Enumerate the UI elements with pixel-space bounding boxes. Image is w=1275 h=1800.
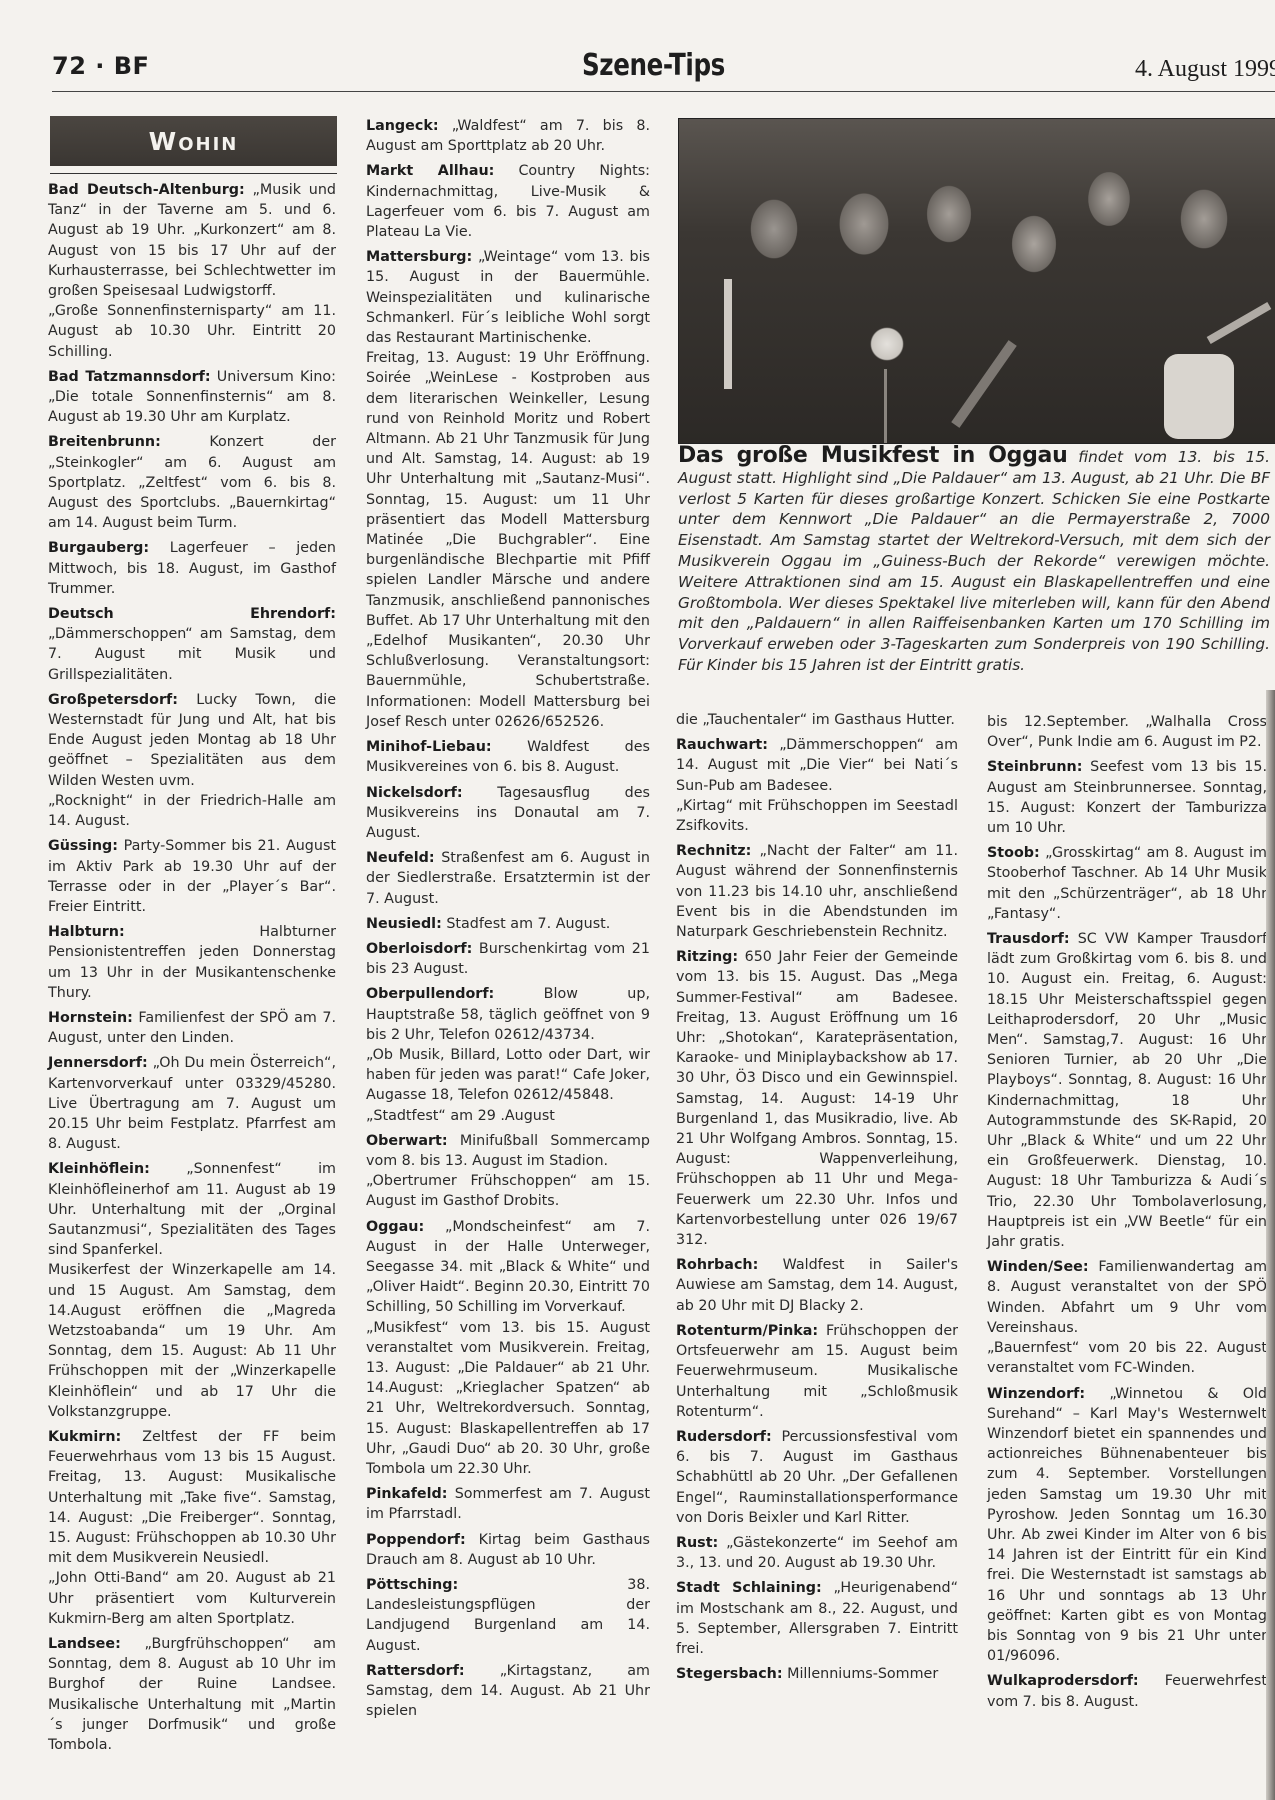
place-name: Stegersbach: [676, 1666, 783, 1682]
event-listing: Wulkaprodersdorf: Feuerwehrfest vom 7. b… [987, 1671, 1267, 1711]
page-header: 72 · BF Szene-Tips 4. August 1999 [52, 48, 1275, 90]
event-listing: „Musikfest“ vom 13. bis 15. August veran… [366, 1318, 650, 1480]
event-listing: Großpetersdorf: Lucky Town, die Westerns… [48, 690, 336, 791]
place-name: Neusiedl: [366, 916, 442, 932]
guitar-shape [1164, 354, 1234, 439]
place-name: Oberpullendorf: [366, 986, 494, 1002]
section-title: Szene-Tips [582, 48, 725, 83]
place-name: Ritzing: [676, 949, 738, 965]
event-text: „Stadtfest“ am 29 .August [366, 1108, 555, 1124]
place-name: Nickelsdorf: [366, 785, 463, 801]
place-name: Poppendorf: [366, 1532, 466, 1548]
event-listing: Oggau: „Mondscheinfest“ am 7. August in … [366, 1217, 650, 1318]
event-text: „Obertrumer Frühschoppen“ am 15. August … [366, 1173, 650, 1209]
event-listing: Stegersbach: Millenniums-Sommer [676, 1664, 958, 1684]
caption-body: findet vom 13. bis 15. August statt. Hig… [678, 448, 1270, 674]
event-listing: Oberpullendorf: Blow up, Hauptstraße 58,… [366, 984, 650, 1045]
event-listing: Jennersdorf: „Oh Du mein Österreich“, Ka… [48, 1053, 336, 1154]
event-listing: Rauchwart: „Dämmerschoppen“ am 14. Augus… [676, 735, 958, 796]
place-name: Steinbrunn: [987, 759, 1082, 775]
wohin-rule [50, 173, 337, 174]
event-text: „Musikfest“ vom 13. bis 15. August veran… [366, 1320, 650, 1477]
trumpet-shape [724, 279, 732, 389]
event-listing: bis 12.September. „Walhalla Cross Over“,… [987, 712, 1267, 752]
event-listing: Pöttsching: 38. Landesleistungspflügen d… [366, 1575, 650, 1656]
place-name: Wulkaprodersdorf: [987, 1673, 1139, 1689]
event-text: „Dämmerschoppen“ am Samstag, dem 7. Augu… [48, 626, 336, 682]
sunflower-stem-shape [884, 369, 887, 443]
event-listing: Oberloisdorf: Burschenkirtag vom 21 bis … [366, 939, 650, 979]
place-name: Rohrbach: [676, 1257, 758, 1273]
place-name: Oberwart: [366, 1133, 448, 1149]
place-name: Winzendorf: [987, 1386, 1085, 1402]
event-text: Musikerfest der Winzerkapelle am 14. und… [48, 1262, 336, 1419]
event-listing: Stadt Schlaining: „Heurigenabend“ im Mos… [676, 1578, 958, 1659]
event-listing: Winzendorf: „Winnetou & Old Surehand“ – … [987, 1384, 1267, 1667]
guitar-neck-shape [1207, 302, 1272, 344]
place-name: Pöttsching: [366, 1577, 458, 1593]
event-listing: Ritzing: 650 Jahr Feier der Gemeinde vom… [676, 947, 958, 1250]
event-listing: Rattersdorf: „Kirtagstanz, am Samstag, d… [366, 1661, 650, 1722]
place-name: Rudersdorf: [676, 1429, 772, 1445]
event-listing: „Stadtfest“ am 29 .August [366, 1106, 650, 1126]
place-name: Rust: [676, 1535, 718, 1551]
event-listing: Freitag, 13. August: 19 Uhr Eröffnung. S… [366, 348, 650, 732]
event-listing: Minihof-Liebau: Waldfest des Musikverein… [366, 737, 650, 777]
place-name: Hornstein: [48, 1010, 133, 1026]
event-listing: „Ob Musik, Billard, Lotto oder Dart, wir… [366, 1045, 650, 1106]
event-text: bis 12.September. „Walhalla Cross Over“,… [987, 714, 1267, 750]
event-listing: Hornstein: Familienfest der SPÖ am 7. Au… [48, 1008, 336, 1048]
photo-caption: Das große Musikfest in Oggau findet vom … [678, 446, 1270, 676]
place-name: Deutsch Ehrendorf: [48, 606, 336, 622]
wohin-label: Wohin [149, 127, 239, 156]
event-text: „John Otti-Band“ am 20. August ab 21 Uhr… [48, 1570, 336, 1626]
place-name: Großpetersdorf: [48, 692, 178, 708]
place-name: Rattersdorf: [366, 1663, 465, 1679]
page-number: 72 · BF [52, 52, 149, 80]
event-listing: Rechnitz: „Nacht der Falter“ am 11. Augu… [676, 841, 958, 942]
event-listing: „Bauernfest“ vom 20 bis 22. August veran… [987, 1338, 1267, 1378]
event-listing: Trausdorf: SC VW Kamper Trausdorf lädt z… [987, 929, 1267, 1252]
place-name: Oberloisdorf: [366, 941, 472, 957]
event-listing: Neufeld: Straßenfest am 6. August in der… [366, 848, 650, 909]
place-name: Kleinhöflein: [48, 1161, 150, 1177]
scan-edge-shadow [1266, 690, 1275, 1800]
place-name: Mattersburg: [366, 249, 472, 265]
event-listing: Rudersdorf: Percussionsfestival vom 6. b… [676, 1427, 958, 1528]
event-text: SC VW Kamper Trausdorf lädt zum Großkirt… [987, 931, 1267, 1250]
place-name: Breitenbrunn: [48, 434, 161, 450]
event-listing: Güssing: Party-Sommer bis 21. August im … [48, 836, 336, 917]
event-listing: Landsee: „Burgfrühschoppen“ am Sonntag, … [48, 1634, 336, 1755]
place-name: Winden/See: [987, 1259, 1089, 1275]
place-name: Jennersdorf: [48, 1055, 148, 1071]
event-text: Freitag, 13. August: 19 Uhr Eröffnung. S… [366, 350, 650, 730]
place-name: Oggau: [366, 1219, 424, 1235]
event-listing: Poppendorf: Kirtag beim Gasthaus Drauch … [366, 1530, 650, 1570]
place-name: Markt Allhau: [366, 163, 494, 179]
place-name: Bad Deutsch-Altenburg: [48, 182, 245, 198]
event-listing: „Kirtag“ mit Frühschoppen im Seestadl Zs… [676, 796, 958, 836]
event-listing: Bad Deutsch-Altenburg: „Musik und Tanz“ … [48, 180, 336, 301]
saxophone-shape [951, 340, 1017, 428]
event-listing: Halbturn: Halbturner Pensionistentreffen… [48, 922, 336, 1003]
event-listing: „Große Sonnenfinsternisparty“ am 11. Aug… [48, 301, 336, 362]
event-listing: Deutsch Ehrendorf: „Dämmerschoppen“ am S… [48, 604, 336, 685]
event-listing: Langeck: „Waldfest“ am 7. bis 8. August … [366, 116, 650, 156]
column-2: Langeck: „Waldfest“ am 7. bis 8. August … [366, 116, 650, 1726]
event-text: „Gästekonzerte“ im Seehof am 3., 13. und… [676, 1535, 958, 1571]
band-photo [678, 118, 1275, 444]
place-name: Stoob: [987, 845, 1040, 861]
place-name: Pinkafeld: [366, 1486, 447, 1502]
place-name: Bad Tatzmannsdorf: [48, 369, 211, 385]
column-1: Bad Deutsch-Altenburg: „Musik und Tanz“ … [48, 180, 336, 1760]
event-text: Zeltfest der FF beim Feuerwehrhaus vom 1… [48, 1429, 336, 1566]
place-name: Rauchwart: [676, 737, 768, 753]
event-listing: Oberwart: Minifußball Sommercamp vom 8. … [366, 1131, 650, 1171]
event-text: „Rocknight“ in der Friedrich-Halle am 14… [48, 793, 336, 829]
event-text: „Ob Musik, Billard, Lotto oder Dart, wir… [366, 1047, 650, 1103]
column-3: die „Tauchentaler“ im Gasthaus Hutter.Ra… [676, 715, 958, 1689]
event-listing: die „Tauchentaler“ im Gasthaus Hutter. [676, 710, 958, 730]
event-listing: Rohrbach: Waldfest in Sailer's Auwiese a… [676, 1255, 958, 1316]
event-text: „Winnetou & Old Surehand“ – Karl May's W… [987, 1386, 1267, 1665]
event-text: „Kirtag“ mit Frühschoppen im Seestadl Zs… [676, 798, 958, 834]
event-text: „Burgfrühschoppen“ am Sonntag, dem 8. Au… [48, 1636, 336, 1753]
column-4: bis 12.September. „Walhalla Cross Over“,… [987, 717, 1267, 1717]
place-name: Güssing: [48, 838, 118, 854]
event-listing: Winden/See: Familienwandertag am 8. Augu… [987, 1257, 1267, 1338]
event-text: „Große Sonnenfinsternisparty“ am 11. Aug… [48, 303, 336, 359]
wohin-banner: Wohin [50, 116, 337, 166]
event-text: „Bauernfest“ vom 20 bis 22. August veran… [987, 1340, 1267, 1376]
event-listing: „John Otti-Band“ am 20. August ab 21 Uhr… [48, 1568, 336, 1629]
place-name: Neufeld: [366, 850, 435, 866]
event-listing: Markt Allhau: Country Nights: Kindernach… [366, 161, 650, 242]
event-listing: Kleinhöflein: „Sonnenfest“ im Kleinhöfle… [48, 1159, 336, 1260]
event-listing: Stoob: „Grosskirtag“ am 8. August im Sto… [987, 843, 1267, 924]
place-name: Langeck: [366, 118, 439, 134]
place-name: Minihof-Liebau: [366, 739, 492, 755]
event-listing: „Obertrumer Frühschoppen“ am 15. August … [366, 1171, 650, 1211]
place-name: Trausdorf: [987, 931, 1070, 947]
issue-date: 4. August 1999 [1135, 56, 1275, 83]
event-listing: Burgauberg: Lagerfeuer – jeden Mittwoch,… [48, 538, 336, 599]
event-listing: Pinkafeld: Sommerfest am 7. August im Pf… [366, 1484, 650, 1524]
event-listing: Bad Tatzmannsdorf: Universum Kino: „Die … [48, 367, 336, 428]
event-listing: Rust: „Gästekonzerte“ im Seehof am 3., 1… [676, 1533, 958, 1573]
event-listing: Kukmirn: Zeltfest der FF beim Feuerwehrh… [48, 1427, 336, 1568]
event-listing: Neusiedl: Stadfest am 7. August. [366, 914, 650, 934]
event-text: Stadfest am 7. August. [442, 916, 610, 932]
event-text: die „Tauchentaler“ im Gasthaus Hutter. [676, 712, 955, 728]
event-text: 650 Jahr Feier der Gemeinde vom 13. bis … [676, 949, 958, 1248]
event-listing: Mattersburg: „Weintage“ vom 13. bis 15. … [366, 247, 650, 348]
place-name: Kukmirn: [48, 1429, 121, 1445]
event-text: „Musik und Tanz“ in der Taverne am 5. un… [48, 182, 336, 299]
event-text: Millenniums-Sommer [783, 1666, 939, 1682]
place-name: Halbturn: [48, 924, 125, 940]
caption-headline: Das große Musikfest in Oggau [678, 443, 1067, 468]
place-name: Rotenturm/Pinka: [676, 1323, 818, 1339]
place-name: Burgauberg: [48, 540, 149, 556]
place-name: Rechnitz: [676, 843, 751, 859]
event-listing: „Rocknight“ in der Friedrich-Halle am 14… [48, 791, 336, 831]
event-listing: Steinbrunn: Seefest vom 13 bis 15. Augus… [987, 757, 1267, 838]
event-listing: Breitenbrunn: Konzert der „Steinkogler“ … [48, 432, 336, 533]
event-listing: Nickelsdorf: Tagesausflug des Musikverei… [366, 783, 650, 844]
event-listing: Musikerfest der Winzerkapelle am 14. und… [48, 1260, 336, 1422]
header-rule [52, 91, 1275, 92]
place-name: Landsee: [48, 1636, 121, 1652]
place-name: Stadt Schlaining: [676, 1580, 822, 1596]
event-listing: Rotenturm/Pinka: Frühschoppen der Ortsfe… [676, 1321, 958, 1422]
